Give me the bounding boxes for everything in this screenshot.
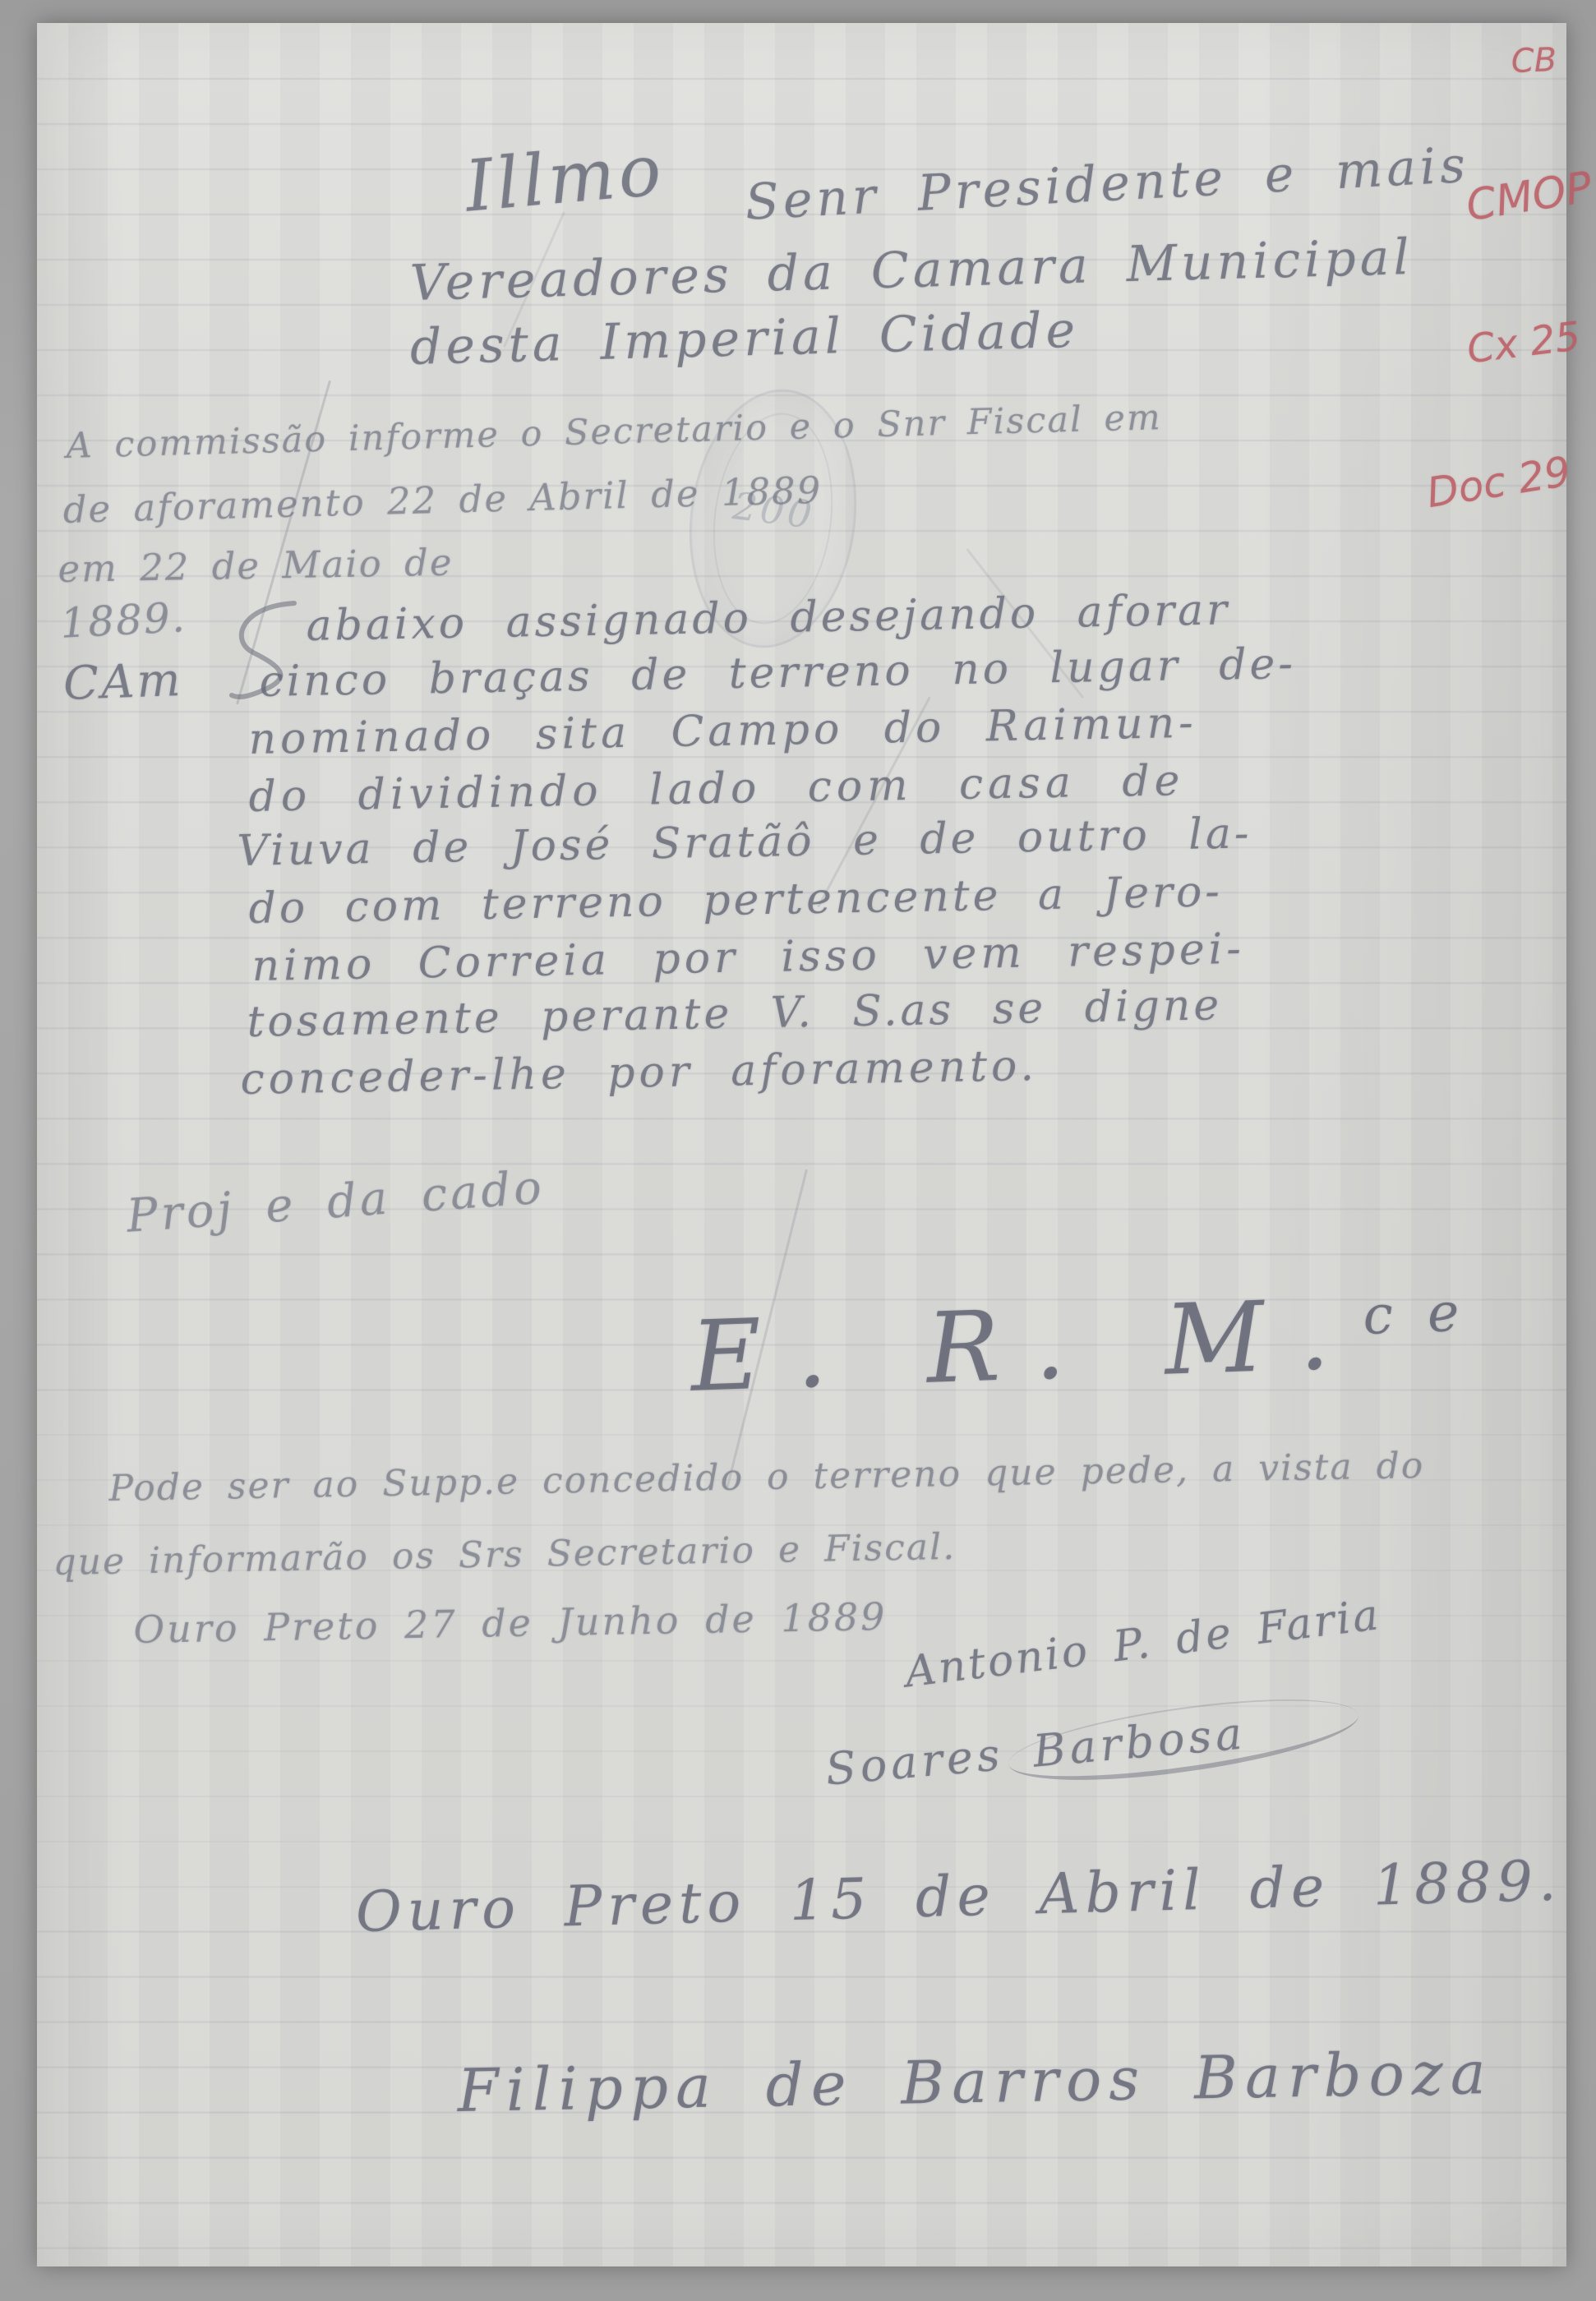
body-margin-note: CAm (62, 653, 184, 711)
scanned-document: 200 CB CMOP’ Cx 25 Doc 29 Illmo Senr Pre… (0, 0, 1596, 2301)
valediction-superscript: ce (1362, 1281, 1494, 1347)
dispatch-line-3: em 22 de Maio de (58, 541, 454, 591)
dispatch-continuation-year: 1889. (59, 593, 187, 648)
heading-salutation-abbrev: Illmo (462, 129, 667, 228)
valediction-text: E. R. M. (689, 1276, 1366, 1413)
archival-mark-cb: CB (1511, 41, 1557, 81)
